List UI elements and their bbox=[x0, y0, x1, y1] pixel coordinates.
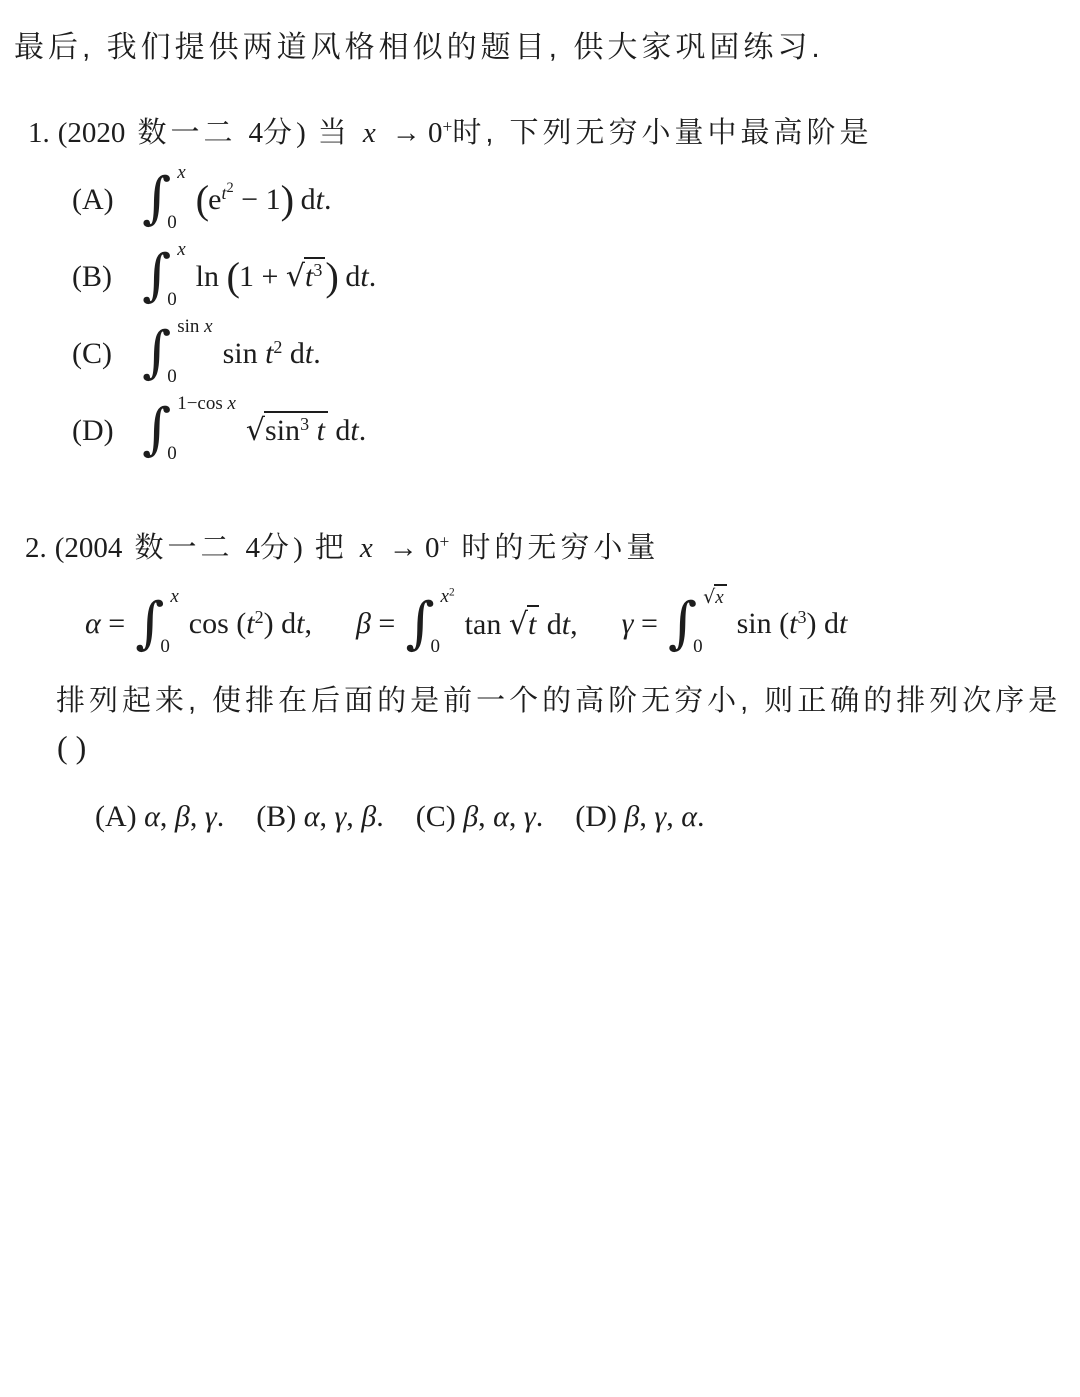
integrand: sin t2 dt. bbox=[223, 337, 321, 371]
integral-limits: x 0 bbox=[167, 238, 185, 316]
integral-upper-limit: x bbox=[167, 239, 185, 261]
alpha-lhs: α = bbox=[85, 607, 125, 641]
integral-upper-limit: √x bbox=[693, 586, 727, 609]
option-row-d: (D) ∫ 1−cos x 0 √sin3 t dt. bbox=[72, 392, 1080, 469]
integral-lower-limit: 0 bbox=[167, 366, 212, 388]
problem1-number: 1. bbox=[28, 117, 50, 149]
integral-lower-limit: 0 bbox=[167, 289, 185, 311]
integral-upper-limit: x bbox=[167, 162, 185, 184]
option-row-c: (C) ∫ sin x 0 sin t2 dt. bbox=[72, 315, 1080, 392]
integral-upper-limit: x bbox=[160, 586, 178, 608]
option-d-formula: ∫ 1−cos x 0 √sin3 t dt. bbox=[142, 392, 366, 470]
problem2-continuation: 排列起来, 使排在后面的是前一个的高阶无穷小, 则正确的排列次序是 bbox=[56, 678, 1080, 719]
alpha-integral: ∫ x 0 cos (t2) dt, bbox=[135, 585, 312, 663]
integral-lower-limit: 0 bbox=[160, 636, 178, 658]
option-row-a: (A) ∫ x 0 (et2 − 1) dt. bbox=[72, 161, 1080, 238]
problem2-title-text: (2004 数一二 4分) 把 x → 0+ 时的无穷小量 bbox=[55, 532, 660, 564]
intro-paragraph: 最后, 我们提供两道风格相似的题目, 供大家巩固练习. bbox=[14, 0, 1080, 66]
option-b-label: (B) bbox=[72, 260, 130, 294]
option-c-label: (C) bbox=[72, 337, 130, 371]
integrand: (et2 − 1) dt. bbox=[196, 176, 332, 223]
integrand: √sin3 t dt. bbox=[246, 413, 366, 448]
integral-upper-limit: 1−cos x bbox=[167, 393, 236, 415]
option-a-label: (A) bbox=[72, 183, 130, 217]
problem2-number: 2. bbox=[25, 532, 47, 564]
problem1-title: 1.(2020 数一二 4分) 当 x → 0+时, 下列无穷小量中最高阶是 bbox=[28, 110, 1080, 151]
problem1-title-text: (2020 数一二 4分) 当 x → 0+时, 下列无穷小量中最高阶是 bbox=[58, 117, 873, 149]
integral-limits: √x 0 bbox=[693, 585, 727, 663]
beta-lhs: β = bbox=[356, 607, 395, 641]
integrand: cos (t2) dt, bbox=[189, 607, 312, 641]
integrand: ln (1 + √t3) dt. bbox=[196, 253, 377, 300]
integral-lower-limit: 0 bbox=[431, 636, 455, 658]
integral-upper-limit: sin x bbox=[167, 316, 212, 338]
integral-limits: x 0 bbox=[160, 585, 178, 663]
choice-b: (B) α, γ, β. bbox=[256, 800, 384, 834]
problem2-choices: (A) α, β, γ. (B) α, γ, β. (C) β, α, γ. (… bbox=[95, 800, 1080, 834]
gamma-definition: γ = ∫ √x 0 sin (t3) dt bbox=[622, 585, 848, 663]
integral-limits: x2 0 bbox=[431, 585, 455, 663]
answer-blank-parentheses: ( ) bbox=[57, 729, 1080, 766]
integral-limits: x 0 bbox=[167, 161, 185, 239]
problem2-title: 2.(2004 数一二 4分) 把 x → 0+ 时的无穷小量 bbox=[25, 525, 1080, 566]
alpha-definition: α = ∫ x 0 cos (t2) dt, bbox=[85, 585, 312, 663]
gamma-integral: ∫ √x 0 sin (t3) dt bbox=[668, 585, 847, 663]
option-a-formula: ∫ x 0 (et2 − 1) dt. bbox=[142, 161, 331, 239]
option-d-label: (D) bbox=[72, 414, 130, 448]
option-row-b: (B) ∫ x 0 ln (1 + √t3) dt. bbox=[72, 238, 1080, 315]
integral-lower-limit: 0 bbox=[167, 443, 236, 465]
integral-lower-limit: 0 bbox=[693, 636, 727, 658]
choice-c: (C) β, α, γ. bbox=[416, 800, 544, 834]
option-c-formula: ∫ sin x 0 sin t2 dt. bbox=[142, 315, 321, 393]
beta-definition: β = ∫ x2 0 tan √t dt, bbox=[356, 585, 578, 663]
integrand: sin (t3) dt bbox=[737, 607, 848, 641]
integral-lower-limit: 0 bbox=[167, 212, 185, 234]
beta-integral: ∫ x2 0 tan √t dt, bbox=[405, 585, 577, 663]
integral-limits: 1−cos x 0 bbox=[167, 392, 236, 470]
choice-a: (A) α, β, γ. bbox=[95, 800, 224, 834]
choice-d: (D) β, γ, α. bbox=[575, 800, 704, 834]
problem2-equation: α = ∫ x 0 cos (t2) dt, β = ∫ x2 0 tan √t… bbox=[85, 574, 1080, 674]
problem1-options: (A) ∫ x 0 (et2 − 1) dt. (B) ∫ x 0 ln (1 … bbox=[72, 161, 1080, 469]
gamma-lhs: γ = bbox=[622, 607, 658, 641]
option-b-formula: ∫ x 0 ln (1 + √t3) dt. bbox=[142, 238, 376, 316]
integral-limits: sin x 0 bbox=[167, 315, 212, 393]
integrand: tan √t dt, bbox=[465, 607, 578, 642]
integral-upper-limit: x2 bbox=[431, 586, 455, 608]
